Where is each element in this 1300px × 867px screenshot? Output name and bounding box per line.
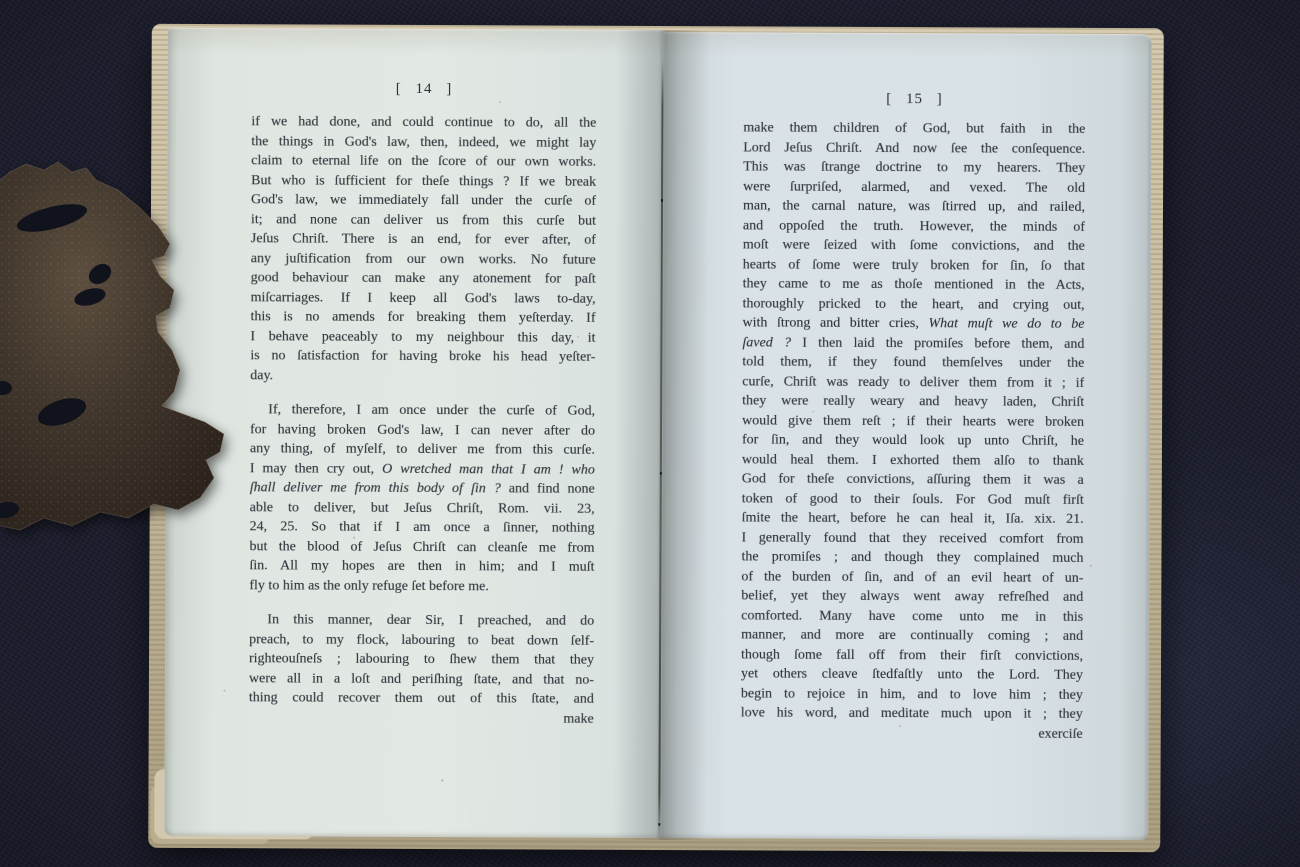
text-line: they came to me as thoſe mentioned in th… [743,274,1085,295]
text-line: the promiſes ; and though they complaine… [741,547,1083,568]
text-line: fly to him as the only refuge ſet before… [249,576,594,597]
text-line: any thing, of myſelf, to deliver me from… [250,439,595,460]
catchword: make [249,708,594,729]
text-line: God's law, we immediately fall under the… [251,190,596,211]
text-line: make them children of God, but faith in … [743,118,1085,139]
text-line: claim to eternal life on the ſcore of ou… [251,151,596,172]
paragraph: If, therefore, I am once under the curſe… [249,400,595,597]
text-line: But who is ſufficient for theſe things ?… [251,171,596,192]
text-line: the things in God's law, then, indeed, w… [251,132,596,153]
text-line: told them, if they found themſelves unde… [742,352,1084,373]
text-line: I generally found that they received com… [742,528,1084,549]
text-line: God for theſe convictions, aſſuring them… [742,469,1084,490]
open-book: [ 14 ] if we had done, and could continu… [148,24,1164,852]
text-line: ſhall deliver me from this body of ſin ?… [250,478,595,499]
text-line: token of good to their ſouls. For God mu… [742,489,1084,510]
text-line: is no ſatisfaction for having broke his … [250,346,595,367]
text-line: good behaviour can make any atonement fo… [251,268,596,289]
text-line: Jeſus Chriſt. There is an end, for ever … [251,229,596,250]
text-line: righteouſneſs ; labouring to ſhew them t… [249,649,594,670]
text-line: preach, to my flock, labouring to beat d… [249,630,594,651]
text-line: yet others cleave ſtedfaſtly unto the Lo… [741,664,1083,685]
text-line: for having broken God's law, I can never… [250,420,595,441]
paragraph: In this manner, dear Sir, I preached, an… [249,610,594,709]
text-line: belief, yet they always went away refreſ… [741,586,1083,607]
text-line: would heal them. I exhorted them alſo to… [742,450,1084,471]
text-line: would give them reſt ; if their hearts w… [742,411,1084,432]
text-line: begin to rejoice in him, and to love him… [741,684,1083,705]
photo-scene: [ 14 ] if we had done, and could continu… [0,0,1300,867]
page-14-number: [ 14 ] [251,80,596,99]
text-line: it; and none can deliver us from this cu… [251,210,596,231]
text-line: Lord Jeſus Chriſt. And now ſee the conſe… [743,138,1085,159]
paragraph: make them children of God, but faith in … [741,118,1086,724]
text-line: miſcarriages. If I keep all God's laws t… [251,288,596,309]
paragraph: if we had done, and could continue to do… [250,112,596,387]
metal-ornament-body [0,162,224,530]
text-line: able to deliver, but Jeſus Chriſt, Rom. … [250,498,595,519]
text-line: any juſtification from our own works. No… [251,249,596,270]
text-line: if we had done, and could continue to do… [251,112,596,133]
text-line: thing could recover them out of this ſta… [249,688,594,709]
text-line: were all in a loſt and periſhing ſtate, … [249,669,594,690]
page-15: [ 15 ] make them children of God, but fa… [660,32,1152,840]
text-line: though ſome fall off from their firſt co… [741,645,1083,666]
text-line: ſmite the heart, before he can heal it, … [742,508,1084,529]
text-line: for ſin, and they would look up unto Chr… [742,430,1084,451]
page-14: [ 14 ] if we had done, and could continu… [164,28,664,838]
text-line: love his word, and meditate much upon it… [741,703,1083,724]
text-line: and oppoſed the truth. However, the mind… [743,216,1085,237]
metal-ornament [0,156,236,548]
catchword: exerciſe [741,723,1083,744]
text-line: comforted. Many have come unto me in thi… [741,606,1083,627]
text-line: This was ſtrange doctrine to my hearers.… [743,157,1085,178]
text-line: they were really weary and heavy laden, … [742,391,1084,412]
text-line: thoroughly pricked to the heart, and cry… [743,294,1085,315]
text-line: were ſurpriſed, alarmed, and vexed. The … [743,177,1085,198]
text-line: with ſtrong and bitter cries, What muſt … [742,313,1084,334]
text-line: I behave peaceably to my neighbour this … [250,327,595,348]
text-line: manner, and more are continually coming … [741,625,1083,646]
page-15-number: [ 15 ] [743,90,1085,108]
text-line: 24, 25. So that if I am once a ſinner, n… [250,517,595,538]
text-line: If, therefore, I am once under the curſe… [250,400,595,421]
text-line: moſt were ſeized with ſome convictions, … [743,235,1085,256]
text-line: In this manner, dear Sir, I preached, an… [249,610,594,631]
text-line: I may then cry out, O wretched man that … [250,459,595,480]
text-line: of the burden of ſin, and of an evil hea… [741,567,1083,588]
text-line: ſaved ? I then laid the promiſes before … [742,333,1084,354]
text-line: day. [250,366,595,387]
page-14-text: if we had done, and could continue to do… [249,112,597,728]
text-line: man, the carnal nature, was ſtirred up, … [743,196,1085,217]
text-line: curſe, Chriſt was ready to deliver them … [742,372,1084,393]
text-line: ſin. All my hopes are then in him; and I… [249,556,594,577]
text-line: hearts of ſome were truly broken for ſin… [743,255,1085,276]
text-line: this is no amends for breaking them yeſt… [250,307,595,328]
page-15-text: make them children of God, but faith in … [741,118,1086,743]
text-line: but the blood of Jeſus Chriſt can cleanſ… [249,537,594,558]
